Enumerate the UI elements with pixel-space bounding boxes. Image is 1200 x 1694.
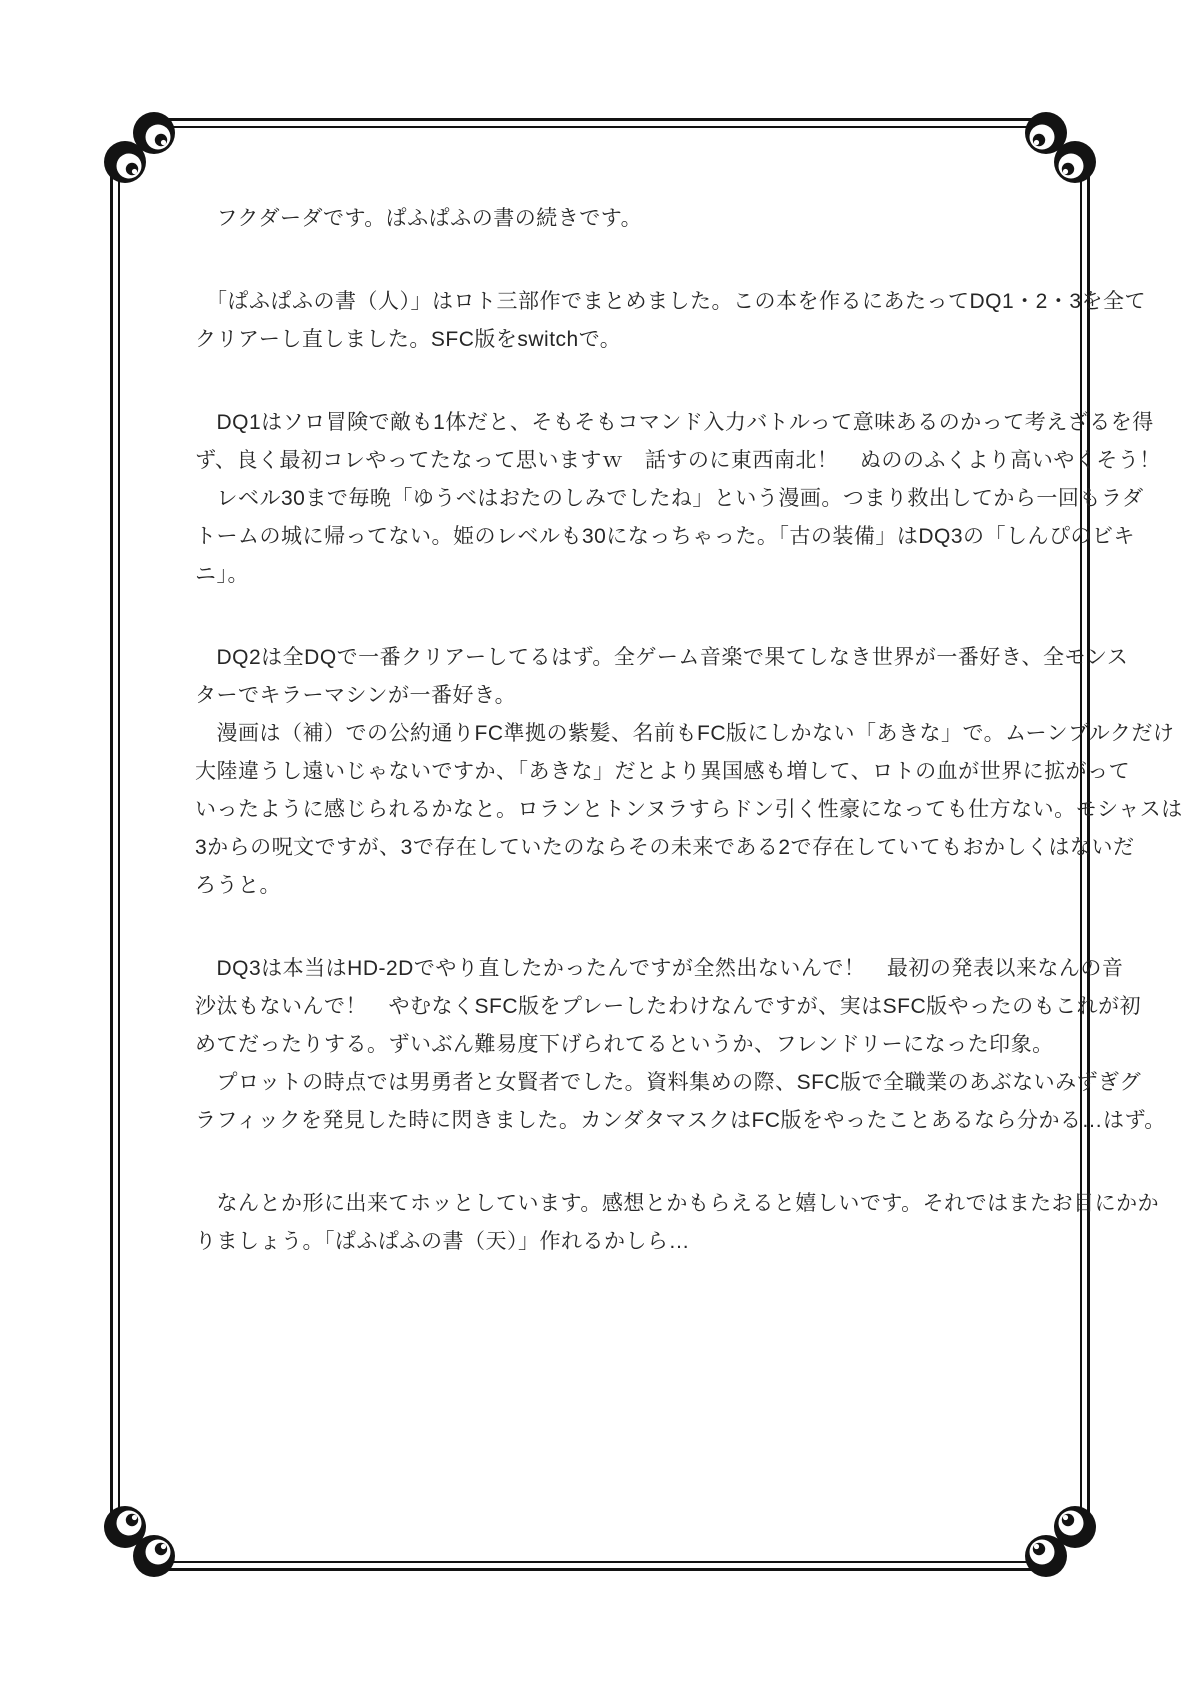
text-line: 「ぱふぱふの書（人）」はロト三部作でまとめました。この本を作るにあたってDQ1・… (195, 283, 1030, 321)
paragraph-book-overview: 「ぱふぱふの書（人）」はロト三部作でまとめました。この本を作るにあたってDQ1・… (195, 283, 1030, 359)
text-line: いったように感じられるかなと。ロランとトンヌラすらドン引く性豪になっても仕方ない… (195, 791, 1030, 829)
text-line: フクダーダです。ぱふぱふの書の続きです。 (195, 200, 1030, 238)
text-line: 大陸違うし遠いじゃないですか、「あきな」だとより異国感も増して、ロトの血が世界に… (195, 753, 1030, 791)
text-line: トームの城に帰ってない。姫のレベルも30になっちゃった。「古の装備」はDQ3の「… (195, 518, 1030, 556)
afterword-text: フクダーダです。ぱふぱふの書の続きです。 「ぱふぱふの書（人）」はロト三部作でま… (195, 200, 1030, 1261)
paragraph-closing: なんとか形に出来てホッとしています。感想とかもらえると嬉しいです。それではまたお… (195, 1185, 1030, 1261)
text-line: クリアーし直しました。SFC版をswitchで。 (195, 321, 1030, 359)
text-line: 漫画は（補）での公約通りFC準拠の紫髪、名前もFC版にしかない「あきな」で。ムー… (195, 715, 1030, 753)
text-line: ニ」。 (195, 556, 1030, 594)
text-line: DQ2は全DQで一番クリアーしてるはず。全ゲーム音楽で果てしなき世界が一番好き、… (195, 639, 1030, 677)
text-line: ラフィックを発見した時に閃きました。カンダタマスクはFC版をやったことあるなら分… (195, 1102, 1030, 1140)
text-line: 3からの呪文ですが、3で存在していたのならその未来である2で存在していてもおかし… (195, 829, 1030, 867)
frame-edge-top (195, 118, 1005, 128)
wave-scroll-corner-ornament-icon (100, 108, 195, 203)
paragraph-dq3: DQ3は本当はHD-2Dでやり直したかったんですが全然出ないんで！ 最初の発表以… (195, 950, 1030, 1140)
frame-edge-bottom (195, 1561, 1005, 1571)
paragraph-intro: フクダーダです。ぱふぱふの書の続きです。 (195, 200, 1030, 238)
text-line: レベル30まで毎晩「ゆうべはおたのしみでしたね」という漫画。つまり救出してから一… (195, 480, 1030, 518)
afterword-page: フクダーダです。ぱふぱふの書の続きです。 「ぱふぱふの書（人）」はロト三部作でま… (0, 0, 1200, 1694)
paragraph-dq2: DQ2は全DQで一番クリアーしてるはず。全ゲーム音楽で果てしなき世界が一番好き、… (195, 639, 1030, 905)
text-line: プロットの時点では男勇者と女賢者でした。資料集めの際、SFC版で全職業のあぶない… (195, 1064, 1030, 1102)
wave-scroll-corner-ornament-icon (1005, 1486, 1100, 1581)
text-line: ターでキラーマシンが一番好き。 (195, 677, 1030, 715)
frame-edge-left (110, 203, 120, 1486)
wave-scroll-corner-ornament-icon (100, 1486, 195, 1581)
paragraph-dq1: DQ1はソロ冒険で敵も1体だと、そもそもコマンド入力バトルって意味あるのかって考… (195, 404, 1030, 594)
text-line: DQ3は本当はHD-2Dでやり直したかったんですが全然出ないんで！ 最初の発表以… (195, 950, 1030, 988)
text-line: りましょう。「ぱふぱふの書（天）」作れるかしら… (195, 1223, 1030, 1261)
text-line: ず、良く最初コレやってたなって思いますｗ 話すのに東西南北！ ぬののふくより高い… (195, 442, 1030, 480)
text-line: ろうと。 (195, 867, 1030, 905)
text-line: 沙汰もないんで！ やむなくSFC版をプレーしたわけなんですが、実はSFC版やった… (195, 988, 1030, 1026)
wave-scroll-corner-ornament-icon (1005, 108, 1100, 203)
text-line: めてだったりする。ずいぶん難易度下げられてるというか、フレンドリーになった印象。 (195, 1026, 1030, 1064)
text-line: DQ1はソロ冒険で敵も1体だと、そもそもコマンド入力バトルって意味あるのかって考… (195, 404, 1030, 442)
text-line: なんとか形に出来てホッとしています。感想とかもらえると嬉しいです。それではまたお… (195, 1185, 1030, 1223)
